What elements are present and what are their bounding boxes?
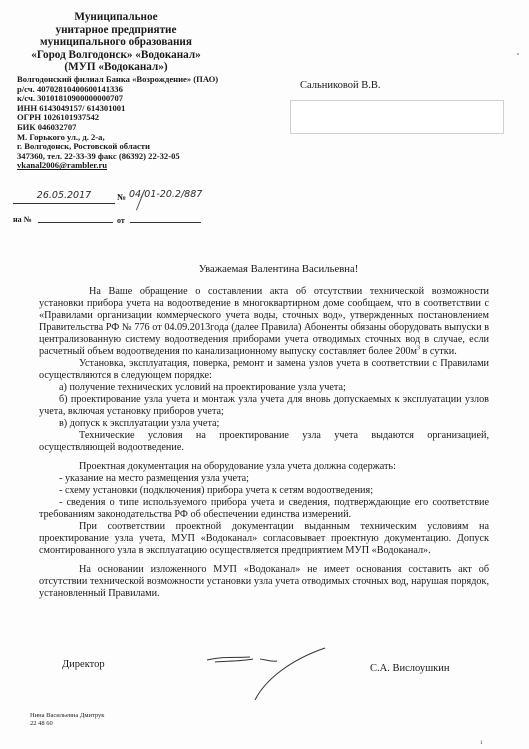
paragraph-approval: При соответствии проектной документации … bbox=[39, 521, 489, 557]
procedure-item-a: а) получение технических условий на прое… bbox=[39, 382, 489, 394]
paragraph-procedure: Установка, эксплуатация, поверка, ремонт… bbox=[39, 358, 489, 382]
letterhead-details: Волгодонский филиал Банка «Возрождение» … bbox=[17, 75, 218, 171]
org-line: унитарное предприятие bbox=[0, 24, 232, 37]
redacted-address-box bbox=[290, 100, 504, 134]
paragraph-conclusion: На основании изложенного МУП «Водоканал»… bbox=[39, 564, 489, 600]
org-line: муниципального образования bbox=[0, 36, 232, 49]
paragraph-project-docs: Проектная документация на оборудование у… bbox=[39, 461, 489, 473]
letter-body: На Ваше обращение о составлении акта об … bbox=[39, 286, 489, 600]
paragraph-tech-conditions: Технические условия на проектирование уз… bbox=[39, 430, 489, 454]
paragraph-text-end: в сутки. bbox=[420, 346, 457, 357]
executor-phone: 22 48 60 bbox=[30, 720, 104, 728]
reply-to-date-blank bbox=[130, 222, 201, 223]
executor-info: Нина Васильевна Дмитрук 22 48 60 bbox=[30, 712, 104, 727]
signatory-name: С.А. Вислоушкин bbox=[370, 663, 450, 674]
letterhead-organization: Муниципальное унитарное предприятие муни… bbox=[0, 11, 232, 74]
page-number: 1 bbox=[480, 741, 483, 746]
from-label: от bbox=[117, 216, 125, 225]
org-line: «Город Волгодонск» «Водоканал» bbox=[0, 49, 232, 62]
greeting: Уважаемая Валентина Васильевна! bbox=[0, 263, 529, 275]
handwritten-signature bbox=[195, 640, 335, 700]
number-label: № bbox=[117, 192, 126, 202]
reply-to-label: на № bbox=[13, 215, 32, 224]
project-docs-item-3: - сведения о типе используемого прибора … bbox=[39, 497, 489, 521]
paragraph-request: На Ваше обращение о составлении акта об … bbox=[39, 286, 489, 358]
reply-to-number-blank bbox=[38, 222, 113, 223]
project-docs-item-2: - схему установки (подключения) прибора … bbox=[39, 485, 489, 497]
org-line: Муниципальное bbox=[0, 11, 232, 24]
signatory-title: Директор bbox=[62, 659, 105, 670]
scan-speck bbox=[517, 53, 519, 55]
project-docs-item-1: - указание на место размещения узла учет… bbox=[39, 473, 489, 485]
executor-name: Нина Васильевна Дмитрук bbox=[30, 712, 104, 720]
procedure-item-b: б) проектирование узла учета и монтаж уз… bbox=[39, 394, 489, 418]
org-line: (МУП «Водоканал») bbox=[0, 61, 232, 74]
addressee: Сальниковой В.В. bbox=[300, 80, 380, 91]
email-link[interactable]: vkanal2006@rambler.ru bbox=[17, 161, 218, 171]
outgoing-date: 26.05.2017 bbox=[13, 190, 115, 204]
procedure-item-c: в) допуск к эксплуатации узла учета; bbox=[39, 418, 489, 430]
